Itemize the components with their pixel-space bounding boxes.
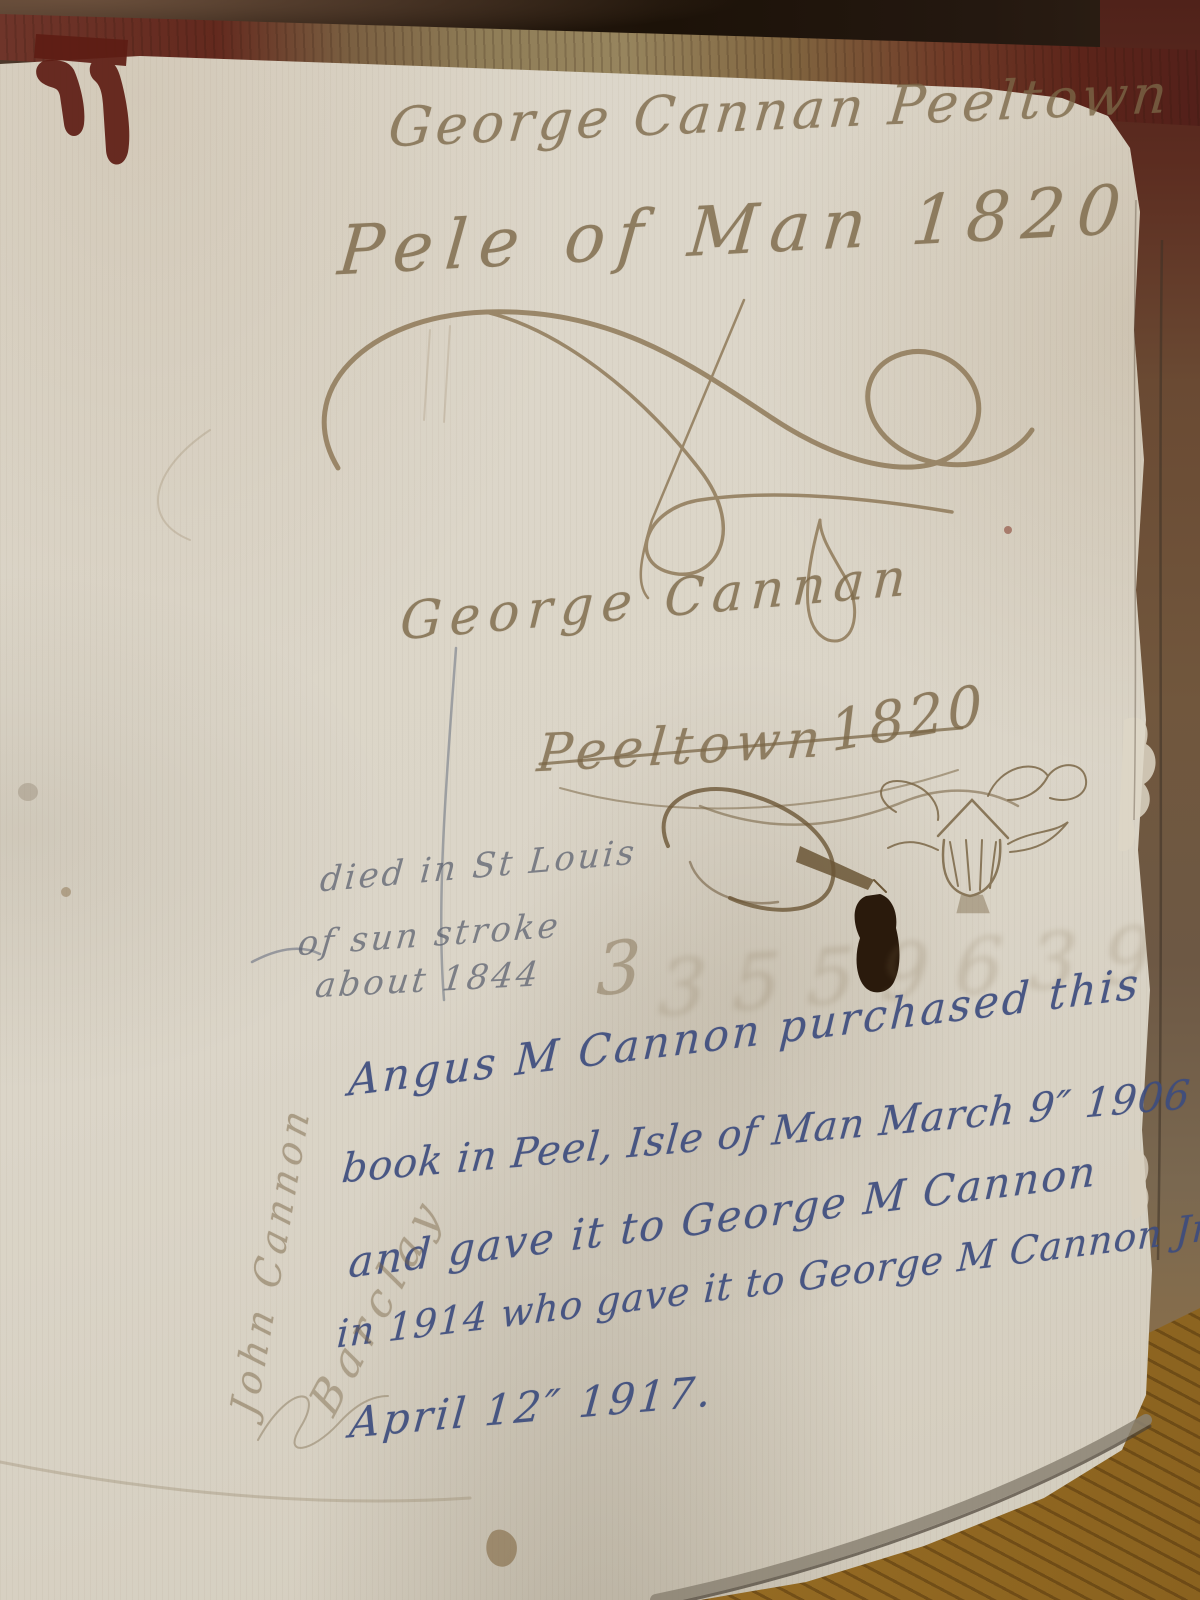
ink-drip-stain bbox=[34, 34, 129, 165]
faint-numeral-mark: 3 bbox=[596, 923, 642, 1012]
book-flyleaf-photo: George Cannan Peeltown Pele of Man 1820 … bbox=[0, 0, 1200, 1600]
urn-doodle bbox=[881, 765, 1086, 912]
page-block-edge bbox=[656, 1420, 1150, 1600]
